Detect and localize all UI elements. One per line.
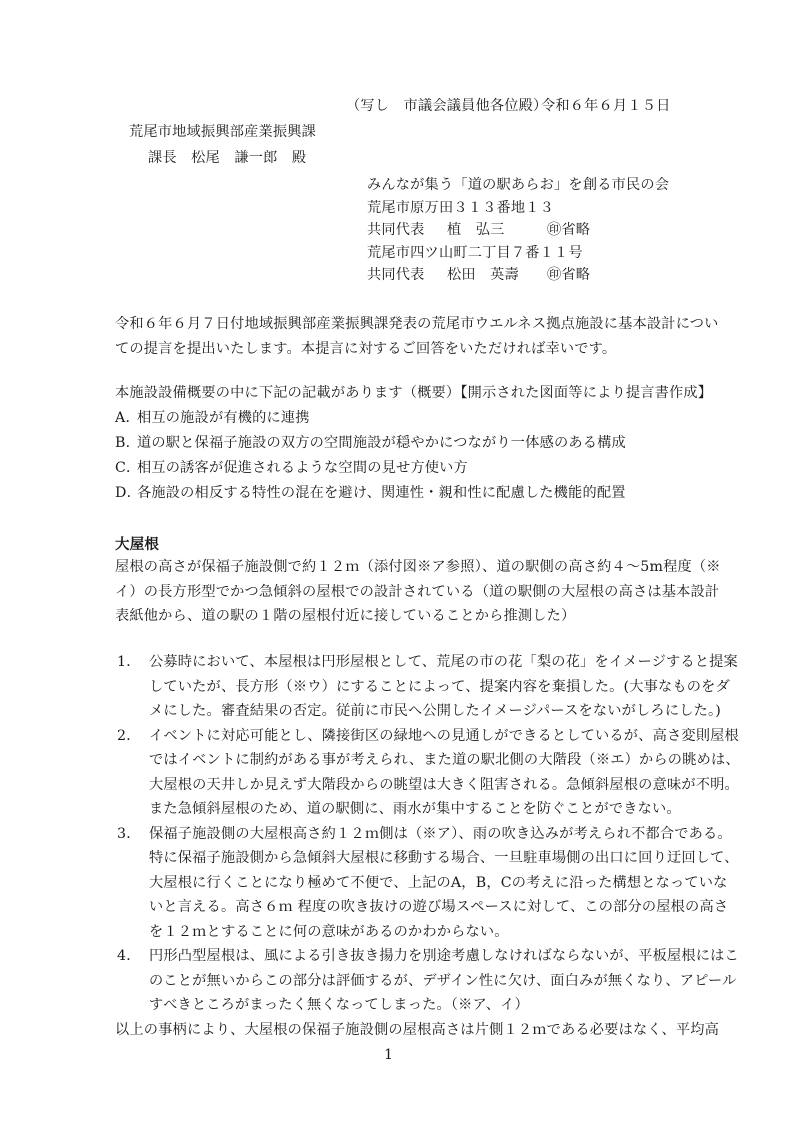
description-line: イ）の長方形型でかつ急傾斜の屋根での設計されている（道の駅側の大屋根の高さは基本… — [115, 580, 725, 605]
list-item-4: 4．円形凸型屋根は、風による引き抜き揚力を別途考慮しなければならないが、平板屋根… — [115, 944, 725, 1018]
item-number: 2． — [115, 724, 149, 749]
section-heading: 大屋根 — [115, 533, 159, 554]
overview-label: A． — [115, 406, 137, 431]
recipient-name: 課長 松尾 謙一郎 殿 — [148, 148, 306, 168]
list-item-2: 2．イベントに対応可能とし、隣接街区の緑地への見通しができるとしているが、高さ変… — [115, 724, 725, 822]
item-number: 4． — [115, 944, 149, 969]
description-line: 屋根の高さが保福子施設側で約１２ｍ（添付図※ア参照）、道の駅側の高さ約４～5m程… — [115, 555, 725, 580]
overview-lead: 本施設設備概要の中に下記の記載があります（概要）【開示された図面等により提言書作… — [115, 381, 725, 406]
item-line: 大屋根に行くことになり極めて不便で、上記のA，B，Cの考えに沿った構想となってい… — [115, 871, 725, 896]
item-line: 保福子施設側の大屋根高さ約１２ｍ側は（※ア）、雨の吹き込みが考えられ不都合である… — [149, 826, 732, 842]
sender-representative-2: 共同代表松田 英壽㊞省略 — [367, 264, 590, 287]
overview-text: 道の駅と保福子施設の双方の空間施設が穏やかにつながり一体感のある構成 — [137, 435, 626, 451]
overview-label: B． — [115, 431, 137, 456]
rep1-seal: ㊞省略 — [547, 222, 590, 238]
item-line: を１２ｍとすることに何の意味があるのかわからない。 — [115, 920, 725, 945]
intro-line: ての提言を提出いたします。本提言に対するご回答をいただければ幸いです。 — [115, 337, 715, 362]
item-line: のことが無いからこの部分は評価するが、デザイン性に欠け、面白みが無くなり、アピー… — [115, 969, 725, 994]
sender-address-1: 荒尾市原万田３１３番地１３ — [367, 197, 669, 220]
item-line: イベントに対応可能とし、隣接街区の緑地への見通しができるとしているが、高さ変則屋… — [149, 728, 739, 744]
conclusion-line: 以上の事柄により、大屋根の保福子施設側の屋根高さは片側１２ｍである必要はなく、平… — [115, 1018, 719, 1042]
rep2-name: 松田 英壽 — [447, 264, 547, 287]
item-line: 特に保福子施設側から急傾斜大屋根に移動する場合、一旦駐車場側の出口に回り迂回して… — [115, 846, 725, 871]
item-line: 円形凸型屋根は、風による引き抜き揚力を別途考慮しなければならないが、平板屋根には… — [149, 948, 739, 964]
list-item-1: 1．公募時において、本屋根は円形屋根として、荒尾の市の花「梨の花」をイメージする… — [115, 650, 725, 724]
section-description: 屋根の高さが保福子施設側で約１２ｍ（添付図※ア参照）、道の駅側の高さ約４～5m程… — [115, 555, 725, 629]
overview-item-b: B．道の駅と保福子施設の双方の空間施設が穏やかにつながり一体感のある構成 — [115, 431, 725, 456]
sender-address-2: 荒尾市四ツ山町二丁目７番１１号 — [367, 242, 669, 265]
overview-text: 各施設の相反する特性の混在を避け、関連性・親和性に配慮した機能的配置 — [137, 485, 626, 501]
item-line: 大屋根の天井しか見えず大階段からの眺望は大きく阻害される。急傾斜屋根の意味が不明… — [115, 773, 725, 798]
page-number: 1 — [384, 1043, 393, 1067]
intro-line: 令和６年６月７日付地域振興部産業振興課発表の荒尾市ウエルネス拠点施設に基本設計に… — [115, 312, 715, 337]
item-line: いと言える。高さ６ｍ 程度の吹き抜けの遊び場スペースに対して、この部分の屋根の高… — [115, 895, 725, 920]
overview-item-c: C．相互の誘客が促進されるような空間の見せ方使い方 — [115, 456, 725, 481]
sender-organization: みんなが集う「道の駅あらお」を創る市民の会 — [367, 174, 669, 197]
rep1-name: 植 弘三 — [447, 219, 547, 242]
list-item-3: 3．保福子施設側の大屋根高さ約１２ｍ側は（※ア）、雨の吹き込みが考えられ不都合で… — [115, 822, 725, 945]
item-line: ではイベントに制約がある事が考えられ、また道の駅北側の大階段（※エ）からの眺めは… — [115, 748, 725, 773]
numbered-list: 1．公募時において、本屋根は円形屋根として、荒尾の市の花「梨の花」をイメージする… — [115, 650, 725, 1018]
overview-item-a: A．相互の施設が有機的に連携 — [115, 406, 725, 431]
item-line: メにした。審査結果の否定。従前に市民へ公開したイメージパースをないがしろにした。… — [115, 699, 725, 724]
overview-label: C． — [115, 456, 137, 481]
sender-representative-1: 共同代表植 弘三㊞省略 — [367, 219, 590, 242]
description-line: 表紙他から、道の駅の１階の屋根付近に接していることから推測した） — [115, 604, 725, 629]
document-page: （写し 市議会議員他各位殿） 令和６年６月１５日 荒尾市地域振興部産業振興課 課… — [0, 0, 800, 1131]
item-number: 3． — [115, 822, 149, 847]
item-line: していたが、長方形（※ウ）にすることによって、提案内容を棄損した。(大事なものを… — [115, 675, 725, 700]
overview-item-d: D．各施設の相反する特性の混在を避け、関連性・親和性に配慮した機能的配置 — [115, 481, 725, 506]
overview-label: D． — [115, 481, 137, 506]
sender-block: みんなが集う「道の駅あらお」を創る市民の会 荒尾市原万田３１３番地１３ 共同代表… — [367, 174, 669, 287]
intro-paragraph: 令和６年６月７日付地域振興部産業振興課発表の荒尾市ウエルネス拠点施設に基本設計に… — [115, 312, 715, 362]
item-number: 1． — [115, 650, 149, 675]
recipient-department: 荒尾市地域振興部産業振興課 — [129, 122, 316, 142]
rep1-title: 共同代表 — [367, 219, 447, 242]
rep2-seal: ㊞省略 — [547, 267, 590, 283]
copy-recipients: （写し 市議会議員他各位殿） — [346, 96, 547, 116]
item-line: 公募時において、本屋根は円形屋根として、荒尾の市の花「梨の花」をイメージすると提… — [149, 654, 738, 670]
overview-text: 相互の誘客が促進されるような空間の見せ方使い方 — [137, 460, 468, 476]
overview-text: 相互の施設が有機的に連携 — [137, 410, 310, 426]
overview-section: 本施設設備概要の中に下記の記載があります（概要）【開示された図面等により提言書作… — [115, 381, 725, 506]
document-date: 令和６年６月１５日 — [541, 96, 671, 116]
rep2-title: 共同代表 — [367, 264, 447, 287]
item-line: すべきところがまったく無くなってしまった。（※ア、イ） — [115, 993, 725, 1018]
item-line: また急傾斜屋根のため、道の駅側に、雨水が集中することを防ぐことができない。 — [115, 797, 725, 822]
